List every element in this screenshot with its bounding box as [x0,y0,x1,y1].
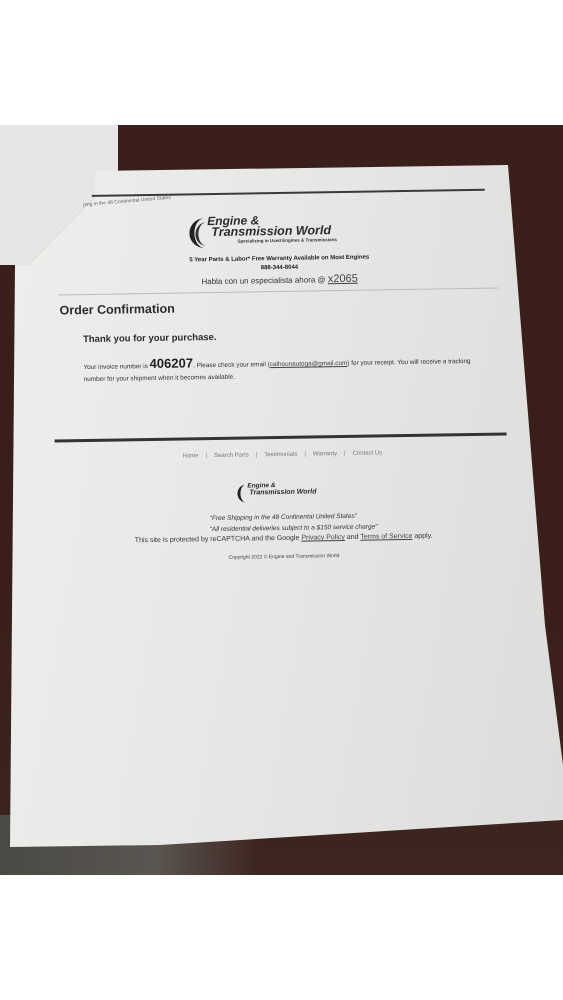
footer-logo[interactable]: Engine & Transmission World [237,481,347,505]
recaptcha-and: and [345,534,361,541]
header-divider [58,288,498,296]
recaptcha-suffix: apply. [412,533,432,540]
nav-search-parts[interactable]: Search Parts [214,452,249,459]
footer-divider [55,432,507,442]
page-title: Order Confirmation [59,302,175,318]
nav-home[interactable]: Home [182,453,198,459]
copyright: Copyright 2022 © Engine and Transmission… [2,550,563,565]
nav-separator: | [256,452,258,458]
nav-separator: | [344,451,346,457]
invoice-mid: . Please check your email ( [193,361,270,369]
logo-tagline: Specializing in Used Engines & Transmiss… [237,237,337,244]
footer-logo-line2: Transmission World [249,488,316,496]
terms-of-service-link[interactable]: Terms of Service [360,533,412,541]
company-logo[interactable]: Engine & Transmission World Specializing… [187,212,368,251]
nav-testimonials[interactable]: Testimonials [264,452,297,459]
extension-link[interactable]: x2065 [328,273,358,285]
invoice-prefix: Your invoice number is [83,363,149,371]
nav-warranty[interactable]: Warranty [313,451,337,457]
invoice-number: 406207 [149,355,193,371]
nav-separator: | [205,453,207,459]
habla-text: Habla con un especialista ahora @ [201,275,328,286]
email-link[interactable]: calhounautoga@gmail.com [270,360,348,368]
nav-separator: | [304,452,306,458]
page-content: ping in the 48 Continental United States… [0,0,563,1000]
recaptcha-prefix: This site is protected by reCAPTCHA and … [135,535,302,545]
privacy-policy-link[interactable]: Privacy Policy [301,534,345,542]
thank-you-heading: Thank you for your purchase. [83,332,217,345]
footer-nav: Home|Search Parts|Testimonials|Warranty|… [1,448,563,463]
invoice-message: Your invoice number is 406207. Please ch… [83,353,483,386]
nav-contact-us[interactable]: Contact Us [353,450,383,456]
